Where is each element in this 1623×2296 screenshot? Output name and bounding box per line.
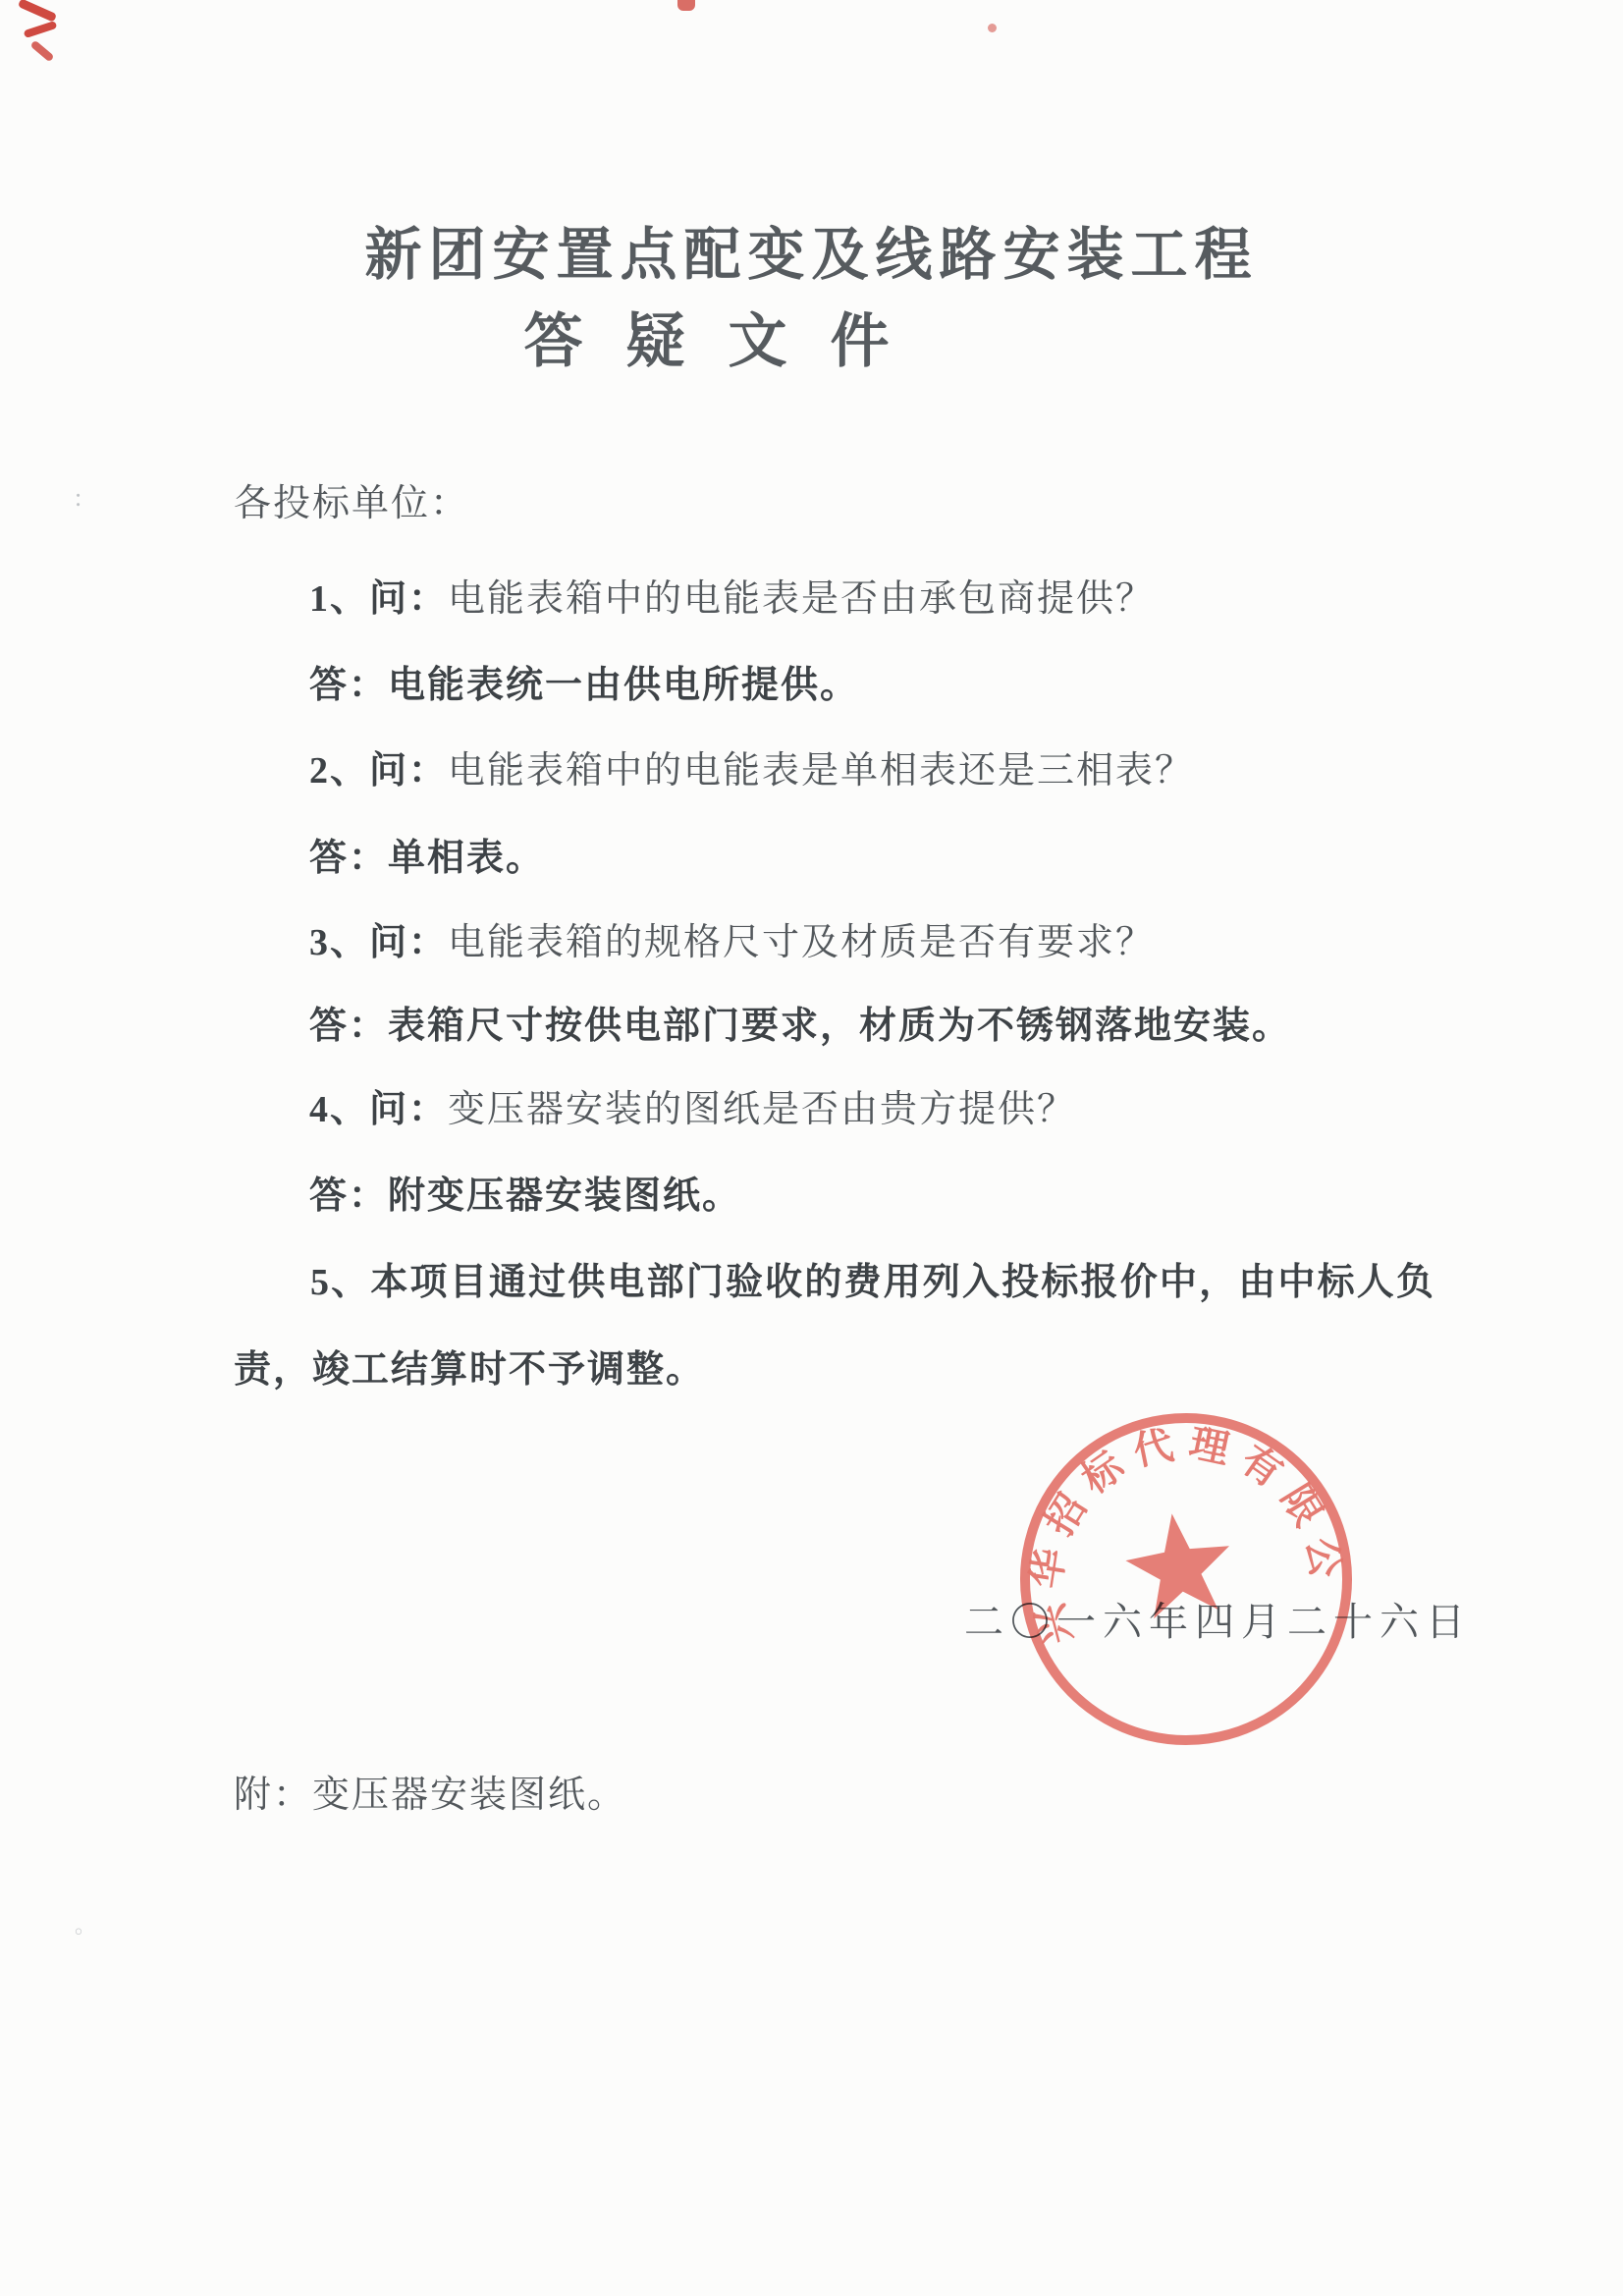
question-1: 1、问：电能表箱中的电能表是否由承包商提供？: [309, 568, 1155, 622]
clause-5: 5、本项目通过供电部门验收的费用列入投标报价中，由中标人负责，竣工结算时不予调整…: [234, 1239, 1435, 1414]
document-title-line2: 答疑文件: [0, 295, 1456, 379]
question-1-number: 1、问：: [309, 578, 448, 620]
question-3: 3、问：电能表箱的规格尺寸及材质是否有要求？: [309, 911, 1155, 965]
answer-1: 答：电能表统一由供电所提供。: [309, 654, 859, 708]
scan-artifact-red-dot: [988, 24, 997, 32]
document-page: : 。 新团安置点配变及线路安装工程 答疑文件 各投标单位： 1、问：电能表箱中…: [0, 0, 1623, 2296]
question-3-text: 电能表箱的规格尺寸及材质是否有要求？: [448, 922, 1155, 963]
question-4: 4、问：变压器安装的图纸是否由贵方提供？: [309, 1078, 1076, 1132]
question-4-number: 4、问：: [309, 1089, 448, 1130]
stamp-star-icon: [1120, 1506, 1238, 1621]
scan-artifact-red-mark: [677, 0, 695, 11]
salutation: 各投标单位：: [234, 472, 469, 526]
question-2-text: 电能表箱中的电能表是单相表还是三相表？: [448, 750, 1194, 792]
question-3-number: 3、问：: [309, 922, 448, 963]
answer-3: 答：表箱尺寸按供电部门要求，材质为不锈钢落地安装。: [309, 995, 1291, 1049]
scan-artifact-red-mark: [24, 21, 58, 38]
question-2-number: 2、问：: [309, 750, 448, 792]
scan-artifact-faint-mark: 。: [75, 1909, 96, 1940]
question-4-text: 变压器安装的图纸是否由贵方提供？: [448, 1089, 1076, 1130]
question-2: 2、问：电能表箱中的电能表是单相表还是三相表？: [309, 739, 1194, 793]
question-1-text: 电能表箱中的电能表是否由承包商提供？: [448, 578, 1155, 620]
scan-artifact-red-mark: [29, 40, 54, 63]
answer-2: 答：单相表。: [309, 827, 545, 881]
document-title-line1: 新团安置点配变及线路安装工程: [0, 208, 1623, 291]
company-seal-stamp: 兴华招标代理有限公司: [987, 1380, 1386, 1779]
scan-artifact-faint-mark: :: [75, 483, 81, 513]
scan-artifact-red-mark: [18, 0, 57, 23]
attachment-note: 附：变压器安装图纸。: [234, 1764, 626, 1818]
answer-4: 答：附变压器安装图纸。: [309, 1165, 741, 1219]
